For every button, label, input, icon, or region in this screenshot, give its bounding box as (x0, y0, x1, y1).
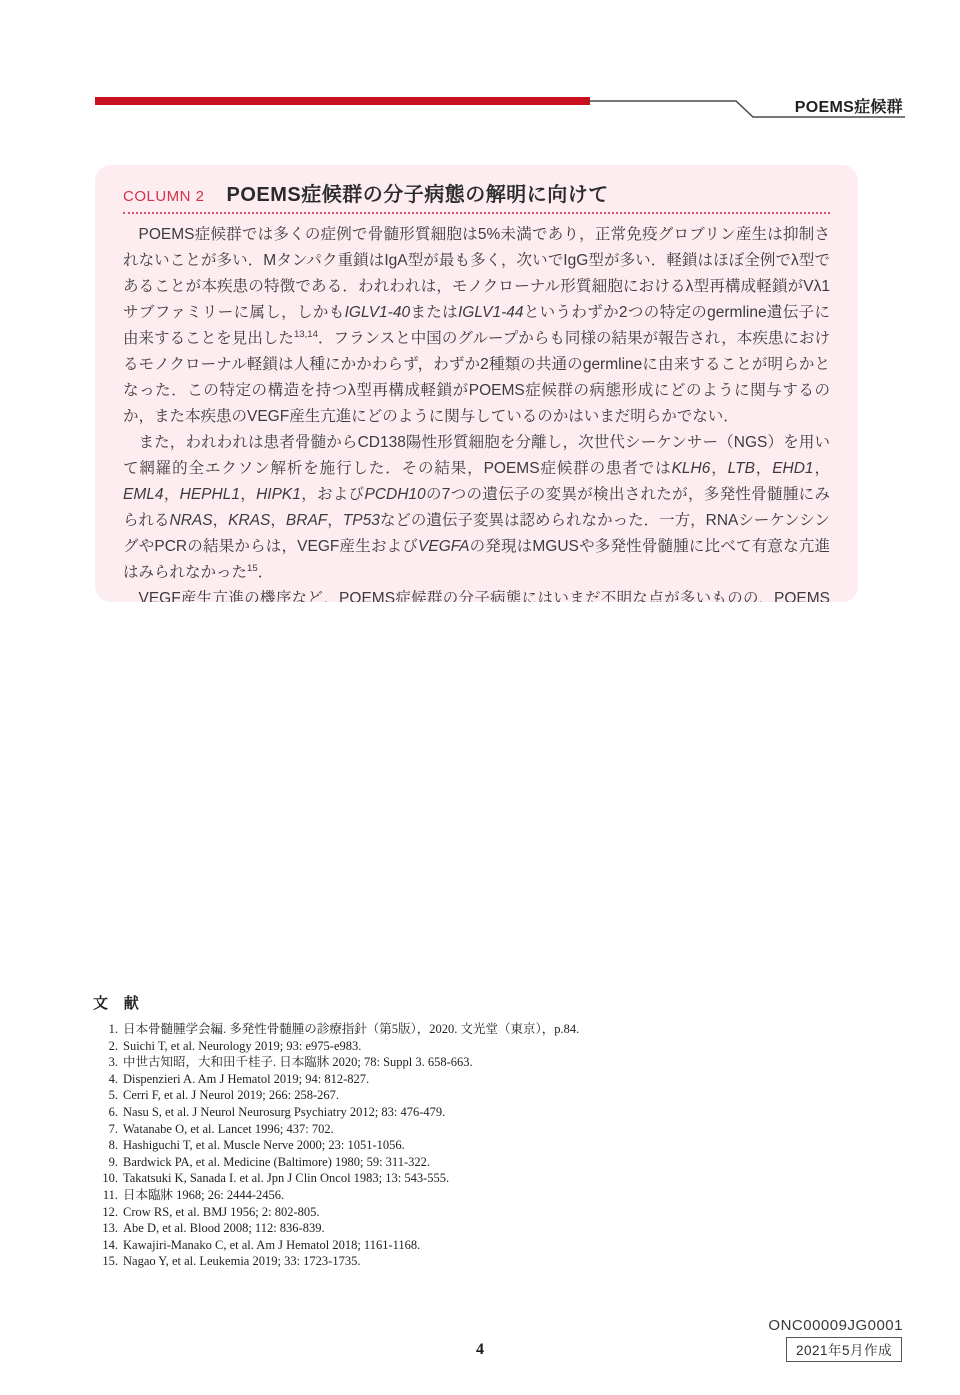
reference-item: 9.Bardwick PA, et al. Medicine (Baltimor… (93, 1154, 653, 1171)
reference-item: 11.日本臨牀 1968; 26: 2444-2456. (93, 1187, 653, 1204)
dotted-divider (123, 212, 830, 214)
header-accent-bar (95, 97, 590, 105)
reference-item: 7.Watanabe O, et al. Lancet 1996; 437: 7… (93, 1121, 653, 1138)
reference-item: 2.Suichi T, et al. Neurology 2019; 93: e… (93, 1038, 653, 1055)
column-paragraph-1: POEMS症候群では多くの症例で骨髄形質細胞は5%未満であり，正常免疫グロブリン… (123, 222, 830, 430)
reference-item: 3.中世古知昭，大和田千桂子. 日本臨牀 2020; 78: Suppl 3. … (93, 1054, 653, 1071)
reference-text: 日本骨髄腫学会編. 多発性骨髄腫の診療指針（第5版），2020. 文光堂（東京）… (123, 1021, 653, 1038)
reference-number: 15. (93, 1253, 123, 1270)
reference-item: 4.Dispenzieri A. Am J Hematol 2019; 94: … (93, 1071, 653, 1088)
reference-item: 14.Kawajiri-Manako C, et al. Am J Hemato… (93, 1237, 653, 1254)
reference-text: Watanabe O, et al. Lancet 1996; 437: 702… (123, 1121, 653, 1138)
reference-number: 4. (93, 1071, 123, 1088)
reference-number: 8. (93, 1137, 123, 1154)
reference-text: Cerri F, et al. J Neurol 2019; 266: 258-… (123, 1087, 653, 1104)
reference-number: 3. (93, 1054, 123, 1071)
page-number: 4 (0, 1341, 960, 1359)
reference-number: 11. (93, 1187, 123, 1204)
reference-number: 5. (93, 1087, 123, 1104)
reference-item: 5.Cerri F, et al. J Neurol 2019; 266: 25… (93, 1087, 653, 1104)
reference-text: Kawajiri-Manako C, et al. Am J Hematol 2… (123, 1237, 653, 1254)
reference-text: Hashiguchi T, et al. Muscle Nerve 2000; … (123, 1137, 653, 1154)
reference-item: 12.Crow RS, et al. BMJ 1956; 2: 802-805. (93, 1204, 653, 1221)
references-list: 1.日本骨髄腫学会編. 多発性骨髄腫の診療指針（第5版），2020. 文光堂（東… (93, 1021, 653, 1270)
column-paragraph-2: また，われわれは患者骨髄からCD138陽性形質細胞を分離し，次世代シーケンサー（… (123, 430, 830, 586)
reference-text: Abe D, et al. Blood 2008; 112: 836-839. (123, 1220, 653, 1237)
document-page: POEMS症候群 COLUMN 2 POEMS症候群の分子病態の解明に向けて P… (0, 0, 960, 1395)
references-section: 文 献 1.日本骨髄腫学会編. 多発性骨髄腫の診療指針（第5版），2020. 文… (93, 992, 653, 1270)
reference-number: 10. (93, 1170, 123, 1187)
reference-number: 6. (93, 1104, 123, 1121)
column-2-box: COLUMN 2 POEMS症候群の分子病態の解明に向けて POEMS症候群では… (95, 165, 858, 602)
reference-text: Suichi T, et al. Neurology 2019; 93: e97… (123, 1038, 653, 1055)
reference-item: 1.日本骨髄腫学会編. 多発性骨髄腫の診療指針（第5版），2020. 文光堂（東… (93, 1021, 653, 1038)
reference-text: Takatsuki K, Sanada I. et al. Jpn J Clin… (123, 1170, 653, 1187)
references-heading: 文 献 (93, 992, 653, 1013)
reference-item: 8.Hashiguchi T, et al. Muscle Nerve 2000… (93, 1137, 653, 1154)
column-title: POEMS症候群の分子病態の解明に向けて (227, 178, 609, 207)
reference-text: Crow RS, et al. BMJ 1956; 2: 802-805. (123, 1204, 653, 1221)
reference-number: 12. (93, 1204, 123, 1221)
document-code: ONC00009JG0001 (768, 1317, 903, 1334)
reference-number: 14. (93, 1237, 123, 1254)
reference-number: 13. (93, 1220, 123, 1237)
header-section-label: POEMS症候群 (795, 94, 903, 117)
reference-item: 6.Nasu S, et al. J Neurol Neurosurg Psyc… (93, 1104, 653, 1121)
reference-number: 9. (93, 1154, 123, 1171)
column-kicker: COLUMN 2 (123, 188, 205, 205)
reference-number: 7. (93, 1121, 123, 1138)
reference-item: 13.Abe D, et al. Blood 2008; 112: 836-83… (93, 1220, 653, 1237)
reference-text: Nagao Y, et al. Leukemia 2019; 33: 1723-… (123, 1253, 653, 1270)
reference-number: 1. (93, 1021, 123, 1038)
reference-number: 2. (93, 1038, 123, 1055)
reference-item: 15.Nagao Y, et al. Leukemia 2019; 33: 17… (93, 1253, 653, 1270)
reference-text: Bardwick PA, et al. Medicine (Baltimore)… (123, 1154, 653, 1171)
column-header: COLUMN 2 POEMS症候群の分子病態の解明に向けて (123, 178, 830, 207)
reference-text: Dispenzieri A. Am J Hematol 2019; 94: 81… (123, 1071, 653, 1088)
reference-text: 中世古知昭，大和田千桂子. 日本臨牀 2020; 78: Suppl 3. 65… (123, 1054, 653, 1071)
reference-text: 日本臨牀 1968; 26: 2444-2456. (123, 1187, 653, 1204)
column-paragraph-3: VEGF産生亢進の機序など，POEMS症候群の分子病態にはいまだ不明な点が多いも… (123, 586, 830, 602)
reference-item: 10.Takatsuki K, Sanada I. et al. Jpn J C… (93, 1170, 653, 1187)
reference-text: Nasu S, et al. J Neurol Neurosurg Psychi… (123, 1104, 653, 1121)
